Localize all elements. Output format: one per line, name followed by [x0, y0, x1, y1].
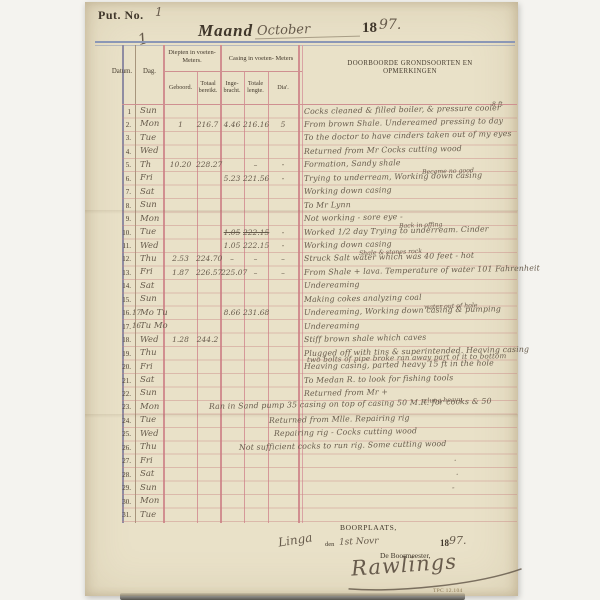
row-date: 17. [111, 323, 131, 331]
put-number: 1 [155, 5, 163, 19]
cell-totale-lengte: – [243, 254, 268, 263]
row-date: 25. [111, 430, 131, 438]
table-row: 6.Fri5.23221.56-Trying to underream, Wor… [85, 172, 518, 185]
row-day: Tue [140, 133, 156, 143]
cell-totale-lengte: 222.15 [243, 241, 268, 250]
cell-ingebracht: – [221, 254, 243, 263]
cell-dia: – [269, 254, 297, 263]
row-date: 8. [111, 202, 131, 210]
remark: Returned from Mr + [304, 387, 388, 398]
cell-dia: - [269, 228, 297, 237]
title-rule-thick [95, 41, 515, 43]
table-row: 4.WedReturned from Mr Cocks cutting wood [85, 145, 518, 158]
header-ingebracht: Inge- bracht. [221, 80, 243, 95]
table-row: 29.Sun- [85, 482, 518, 495]
cell-dia: 5 [269, 120, 297, 129]
row-day: Fri [140, 362, 153, 372]
table-row: 28.Sat· [85, 468, 518, 481]
table-row: 17.16Tu MoUndereaming [85, 320, 518, 333]
row-day: Sat [140, 187, 154, 197]
signature: Rawlings [350, 549, 457, 580]
remark: Making cokes analyzing coal [304, 293, 422, 304]
boorplaats-label: BOORPLAATS, [340, 523, 397, 532]
row-day: Mon [140, 402, 159, 412]
remark: · [456, 470, 459, 479]
cell-totale-lengte: 221.56 [243, 174, 268, 183]
title-rule-thin [95, 45, 515, 46]
place-handwritten: Linga [277, 530, 313, 549]
cell-totale-lengte: – [243, 268, 268, 277]
row-day: Tu Mo [140, 321, 168, 331]
table-row: 30.Mon [85, 495, 518, 508]
row-date: 2. [111, 121, 131, 129]
row-date: 3. [111, 134, 131, 142]
remark: Undereaming [304, 321, 360, 331]
remark: Not sufficient cocks to run rig. Some cu… [239, 439, 447, 452]
header-dag: Dag. [137, 68, 162, 76]
row-day: Mon [140, 119, 159, 129]
remark-note: clung heavy [424, 396, 462, 404]
cell-ingebracht: 225.07 [221, 268, 243, 277]
row-day: Sat [140, 469, 154, 479]
cell-totale-lengte: – [243, 160, 268, 169]
den-label: den [325, 541, 334, 548]
remark: Formation, Sandy shale [304, 158, 401, 169]
maand-label: Maand [198, 21, 253, 41]
row-day: Sat [140, 281, 154, 291]
cell-totale-lengte: 222.15 [243, 228, 268, 237]
row-day: Wed [140, 335, 159, 345]
date-handwritten: 1st Novr [339, 536, 379, 547]
table-row: 26.ThuNot sufficient cocks to run rig. S… [85, 441, 518, 454]
row-date: 12. [111, 255, 131, 263]
table-row: 20.FriHeaving casing, parted heavy 15 ft… [85, 361, 518, 374]
scanned-drilling-log: Put. No. 1 Maand October 18 97. 1 Datum.… [0, 0, 600, 600]
row-date: 7. [111, 188, 131, 196]
remark: Working down casing [304, 186, 392, 197]
row-date: 1 [111, 108, 131, 116]
row-date: 24. [111, 417, 131, 425]
table-row: 25.WedRepairing rig - Cocks cutting wood [85, 428, 518, 441]
cell-geboord: 10.20 [165, 160, 196, 169]
table-row: 21.SatTo Medan R. to look for fishing to… [85, 374, 518, 387]
row-date: 26. [111, 444, 131, 452]
cell-totaal-bereikt: 224.70 [196, 254, 219, 263]
row-date: 14. [111, 282, 131, 290]
cell-ingebracht: 5.23 [221, 174, 243, 183]
remark: To Medan R. to look for fishing tools [304, 373, 454, 385]
row-day: Fri [140, 173, 153, 183]
cell-geboord: 1.28 [165, 335, 196, 344]
row-day: Sat [140, 375, 154, 385]
row-date: 4. [111, 148, 131, 156]
header-casing-group: Casing in voeten- Meters [221, 55, 301, 63]
cell-ingebracht: 1.05 [221, 241, 243, 250]
table-row: 16.17Mo Tu8.66231.68Undereaming, Working… [85, 307, 518, 320]
row-day: Mo Tu [140, 308, 168, 318]
row-day: Thu [140, 348, 157, 358]
table-row: 27.Fri· [85, 455, 518, 468]
stray-ink-mark: 1 [136, 29, 150, 49]
remark: Repairing rig - Cocks cutting wood [274, 427, 417, 439]
row-day: Wed [140, 241, 159, 251]
footer-year-printed: 18 [440, 538, 449, 548]
row-day: Sun [140, 483, 157, 493]
cell-dia: – [269, 268, 297, 277]
table-row: 14.SatUndereaming [85, 280, 518, 293]
cell-dia: - [269, 174, 297, 183]
row-day: Wed [140, 429, 159, 439]
remark-note: 8 ft [492, 101, 503, 108]
cell-ingebracht: 4.46 [221, 120, 243, 129]
put-label: Put. No. [98, 8, 144, 23]
row-day: Mon [140, 214, 159, 224]
remark: - [452, 483, 455, 492]
row-date: 9. [111, 215, 131, 223]
paper-crease [85, 414, 518, 418]
table-row: 18.Wed1.28244.2Stiff brown shale which c… [85, 334, 518, 347]
remark: Heaving casing, parted heavy 15 ft in th… [304, 358, 494, 371]
row-date: 18. [111, 336, 131, 344]
cell-ingebracht: 1.05 [221, 228, 243, 237]
row-date: 10. [111, 229, 131, 237]
header-group-divider [163, 71, 302, 72]
header-opmerkingen: DOORBOORDE GRONDSOORTEN EN OPMERKINGEN [325, 60, 495, 76]
footer-year-handwritten: 97. [449, 534, 467, 547]
paper-sheet: Put. No. 1 Maand October 18 97. 1 Datum.… [85, 2, 518, 596]
row-day: Fri [140, 456, 153, 466]
paper-crease [85, 210, 518, 214]
cell-totaal-bereikt: 228.27 [196, 160, 219, 169]
remark: Stiff brown shale which caves [304, 333, 427, 344]
header-totale-lengte: Totale lengte. [243, 80, 268, 95]
row-date: 15. [111, 296, 131, 304]
row-day: Fri [140, 267, 153, 277]
row-date: 13. [111, 269, 131, 277]
cell-totaal-bereikt: 244.2 [196, 335, 219, 344]
remark: Cocks cleaned & filled boiler, & pressur… [304, 103, 501, 116]
remark: To Mr Lynn [304, 200, 351, 210]
remark: · [454, 456, 457, 465]
remark: From brown Shale. Undereamed pressing to… [304, 116, 503, 129]
cell-dia: - [269, 160, 297, 169]
remark: Worked 1/2 day Trying to underream. Cind… [304, 224, 489, 237]
cell-totaal-bereikt: 226.57 [196, 268, 219, 277]
cell-ingebracht: 8.66 [221, 308, 243, 317]
year-printed: 18 [362, 20, 377, 37]
remark: To the doctor to have cinders taken out … [304, 129, 512, 142]
row-date: 23. [111, 403, 131, 411]
row-date: 21. [111, 377, 131, 385]
cell-dia: - [269, 241, 297, 250]
row-day: Mon [140, 496, 159, 506]
table-row: 23.MonRan in Sand pump 35 casing on top … [85, 401, 518, 414]
row-day: Sun [140, 200, 157, 210]
header-datum: Datum. [109, 68, 135, 76]
row-day: Sun [140, 388, 157, 398]
row-date: 5. [111, 161, 131, 169]
row-day: Tue [140, 227, 156, 237]
scanner-bed-shadow [120, 593, 465, 600]
cell-totale-lengte: 216.16 [243, 120, 268, 129]
row-day: Th [140, 160, 151, 170]
cell-geboord: 2.53 [165, 254, 196, 263]
cell-geboord: 1.87 [165, 268, 196, 277]
table-row: 7.SatWorking down casing [85, 186, 518, 199]
row-date: 29. [111, 484, 131, 492]
row-date: 30. [111, 498, 131, 506]
row-day: Sun [140, 294, 157, 304]
table-row: 13.Fri1.87226.57225.07––From Shale + lav… [85, 266, 518, 279]
row-date: 16. [111, 309, 131, 317]
cell-totale-lengte: 231.68 [243, 308, 268, 317]
remark-note: water out of hole [424, 302, 478, 311]
row-date: 28. [111, 471, 131, 479]
row-date: 19. [111, 350, 131, 358]
header-diepten-group: Diepten in voeten- Meters. [164, 49, 220, 64]
row-day: Thu [140, 442, 157, 452]
row-date: 6. [111, 175, 131, 183]
remark: Undereaming [304, 280, 360, 290]
row-day: Tue [140, 510, 156, 520]
remark: Returned from Mr Cocks cutting wood [304, 144, 462, 156]
year-handwritten: 97. [379, 17, 401, 33]
header-totaal-bereikt: Totaal bereikt. [196, 80, 220, 95]
row-day: Wed [140, 146, 159, 156]
cell-geboord: 1 [165, 120, 196, 129]
row-date: 20. [111, 363, 131, 371]
row-date: 31. [111, 511, 131, 519]
row-date: 27. [111, 457, 131, 465]
header-dia: Dia'. [269, 84, 297, 91]
row-day: Sun [140, 106, 157, 116]
table-row: 9.MonNot working - sore eye - [85, 213, 518, 226]
table-row: 10.Tue1.05222.15-Worked 1/2 day Trying t… [85, 226, 518, 239]
row-day: Thu [140, 254, 157, 264]
cell-totaal-bereikt: 216.7 [196, 120, 219, 129]
row-date: 11. [111, 242, 131, 250]
header-geboord: Geboord. [164, 84, 197, 91]
table-row: 31.Tue [85, 509, 518, 522]
row-date: 22. [111, 390, 131, 398]
